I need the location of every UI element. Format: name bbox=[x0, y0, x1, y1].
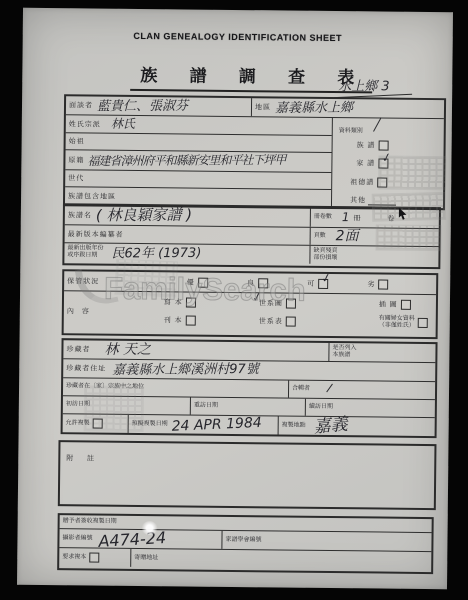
damage-label-line2: 部份損壞 bbox=[313, 255, 337, 262]
holder-value: 林 天之 bbox=[104, 344, 151, 355]
microfilm-frame: CLAN GENEALOGY IDENTIFICATION SHEET 族 譜 … bbox=[0, 0, 468, 600]
society-number-label: 家譜學會編號 bbox=[225, 536, 261, 543]
checkbox bbox=[401, 300, 411, 310]
faint-embossed-stamp bbox=[85, 386, 143, 431]
content-option-illustrations: 插 圖 ✓ bbox=[379, 300, 411, 310]
copy-place-label: 複製地點 bbox=[282, 422, 306, 429]
photographer-number-value: A474-24 bbox=[98, 531, 166, 546]
handwritten-page-note: 水上鄉 3 bbox=[338, 77, 390, 96]
planned-copy-date-value: 24 APR 1984 bbox=[172, 417, 262, 432]
faint-embossed-stamp bbox=[379, 157, 445, 190]
faint-embossed-stamp bbox=[115, 260, 176, 297]
page-note-text: 水上鄉 3 bbox=[338, 81, 389, 92]
checkbox bbox=[418, 318, 428, 328]
condition-option-poor: 劣 ✓ bbox=[367, 279, 388, 289]
followup-visit-label: 續訪日期 bbox=[309, 404, 333, 411]
request-copy-option: 要求複本 bbox=[62, 552, 99, 562]
area-value: 嘉義縣水上鄉 bbox=[275, 102, 353, 114]
pages-label: 頁數 bbox=[314, 233, 326, 240]
ancestor-label: 始祖 bbox=[69, 136, 85, 146]
address-value: 嘉義縣水上鄉溪洲村97號 bbox=[112, 363, 259, 375]
area-label: 地區 bbox=[255, 102, 271, 112]
condition-option-fair: 可 ✓ bbox=[307, 278, 328, 288]
holder-label: 珍藏者 bbox=[66, 344, 90, 354]
content-option-pedigree-chart: 世系圖 ✓ bbox=[259, 298, 379, 309]
form-title: 族 譜 調 查 表 bbox=[130, 61, 372, 94]
checkbox bbox=[378, 279, 388, 289]
condition-option-good: 良 ✓ bbox=[247, 278, 268, 288]
handwritten-tick-stroke bbox=[326, 384, 333, 393]
photographer-number-label: 攝影者編號 bbox=[62, 535, 92, 542]
content-option-pedigree-table: 世系表 ✓ bbox=[259, 316, 379, 327]
checkbox bbox=[198, 277, 208, 287]
surname-label: 姓氏宗派 bbox=[69, 119, 101, 129]
checkbox bbox=[186, 297, 196, 307]
section-remarks-table: 附 註 bbox=[58, 440, 437, 510]
volumes-value: 1 bbox=[342, 212, 350, 223]
send-address-label: 寄贈地址 bbox=[134, 554, 158, 561]
volumes-label: 冊卷數 bbox=[314, 214, 332, 221]
coverage-label: 族譜包含地區 bbox=[68, 191, 116, 202]
checkbox bbox=[258, 278, 268, 288]
pages-value: 2面 bbox=[336, 231, 359, 242]
mouse-cursor-icon bbox=[398, 208, 408, 221]
content-option-women-data: 有關婦女資料 （非僅姓氏） ✓ bbox=[379, 316, 428, 331]
flash-spot bbox=[142, 521, 158, 535]
content-option-manuscript: 寫 本 ✓ bbox=[164, 297, 259, 308]
volumes-unit-ce: 冊 bbox=[353, 213, 361, 223]
pub-value: 民62年 (1973) bbox=[111, 247, 201, 259]
coeditor-label: 合輯者 bbox=[292, 386, 310, 393]
material-option-zupu: 族 譜 ✓ bbox=[357, 140, 389, 150]
checkbox bbox=[286, 317, 296, 327]
remarks-label: 附 註 bbox=[66, 454, 100, 462]
faint-embossed-stamp bbox=[377, 225, 441, 250]
donor-sign-date-label: 贈予者簽收複製日期 bbox=[63, 518, 117, 526]
checkbox bbox=[286, 299, 296, 309]
address-label: 珍藏者住址 bbox=[66, 363, 106, 373]
checkbox bbox=[378, 140, 388, 150]
origin-value: 福建省漳州府平和縣新安里和平社下坪甲 bbox=[87, 155, 285, 167]
interviewer-value: 藍貴仁、張淑芬 bbox=[97, 100, 188, 112]
copy-place-value: 嘉義 bbox=[313, 419, 348, 433]
surname-value: 林氏 bbox=[111, 119, 135, 130]
content-option-printed: 刊 本 ✓ bbox=[164, 315, 259, 326]
section-admin-table: 贈予者簽收複製日期 攝影者編號 A474-24 家譜學會編號 要求複本 bbox=[57, 513, 434, 574]
generations-label: 世代 bbox=[68, 173, 84, 183]
content-label: 內容 bbox=[67, 306, 97, 316]
listed-label-line2: 本族譜 bbox=[332, 352, 356, 359]
revisit-label: 重訪日期 bbox=[194, 403, 218, 410]
origin-label: 原籍 bbox=[68, 155, 84, 165]
handwritten-tick-stroke bbox=[373, 117, 382, 132]
checkbox bbox=[185, 315, 195, 325]
book-title-value: ( 林良穎家譜 ) bbox=[96, 210, 192, 222]
scanned-form-page: CLAN GENEALOGY IDENTIFICATION SHEET 族 譜 … bbox=[17, 8, 453, 589]
interviewer-label: 面談者 bbox=[69, 100, 93, 110]
book-title-label: 族譜名 bbox=[68, 210, 92, 220]
faint-embossed-stamp bbox=[373, 193, 446, 221]
pub-label-line2: 或序跋日期 bbox=[67, 252, 103, 259]
english-title: CLAN GENEALOGY IDENTIFICATION SHEET bbox=[23, 30, 453, 45]
section-interview-table: 面談者 藍貴仁、張淑芬 地區 嘉義縣水上鄉 姓氏宗派 林氏 bbox=[63, 94, 446, 210]
condition-option-excellent: 優 ✓ bbox=[187, 277, 208, 287]
checkbox bbox=[89, 552, 99, 562]
compiler-label: 最新版本編纂者 bbox=[68, 229, 124, 240]
